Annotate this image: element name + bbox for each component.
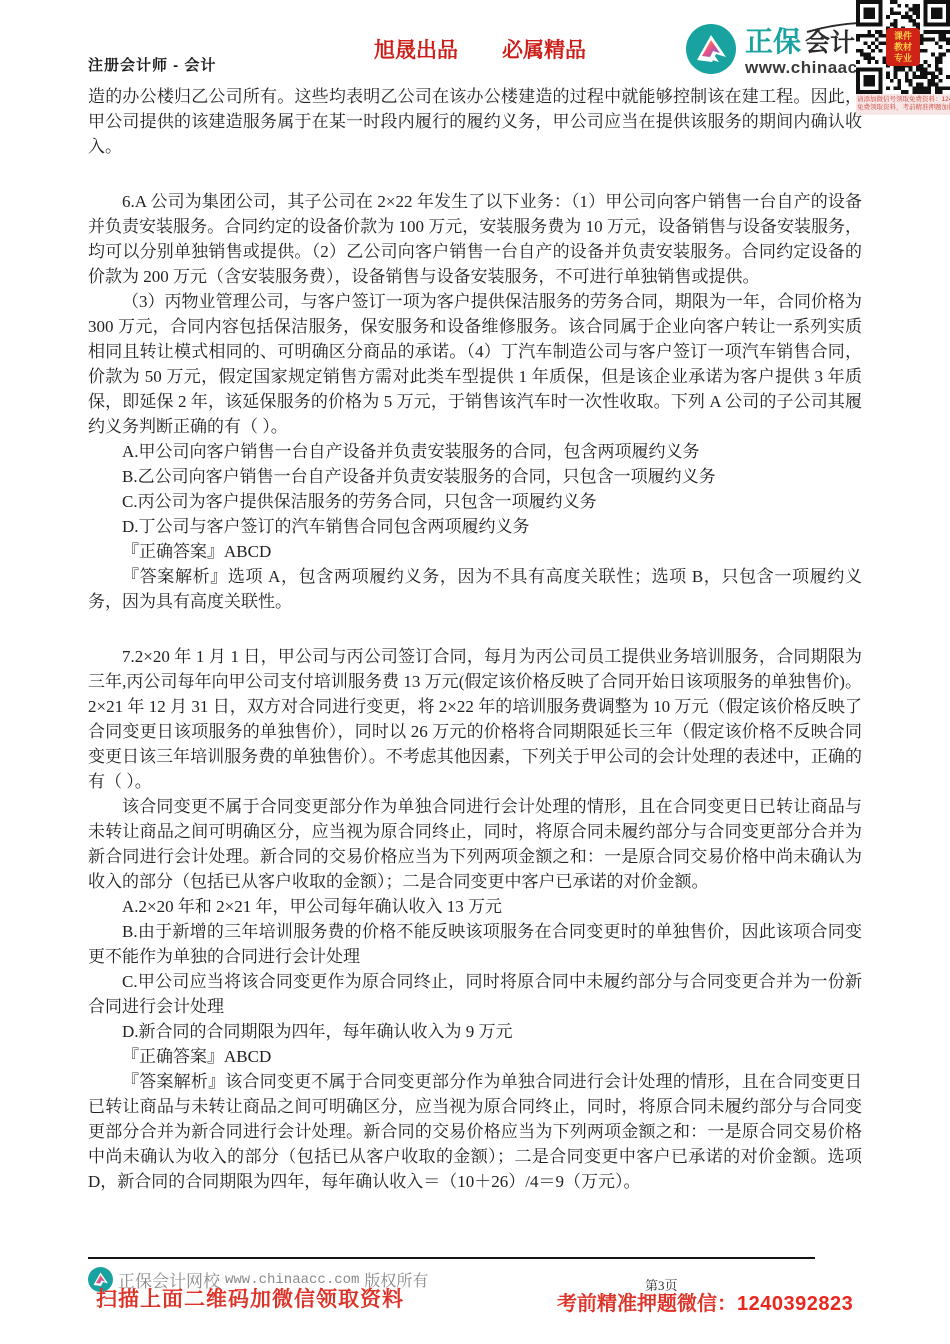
slogan-left: 旭晟出品 [374,34,458,64]
paragraph-continuation: 造的办公楼归乙公司所有。这些均表明乙公司在该办公楼建造的过程中就能够控制该在建工… [88,84,862,159]
q7-option-c: C.甲公司应当将该合同变更作为原合同终止，同时将原合同中未履约部分与合同变更合并… [88,969,862,1019]
qr-block: 课件 教材 专业 请添加微信号领取免费资料：1240392823 免费领取资料，… [856,0,950,115]
q6-stem-1: 6.A 公司为集团公司，其子公司在 2×22 年发生了以下业务：（1）甲公司向客… [88,189,862,289]
q7-option-d: D.新合同的合同期限为四年，每年确认收入为 9 万元 [88,1019,862,1044]
footer-push-label: 考前精准押题微信： [557,1293,737,1315]
document-page: 注册会计师 - 会计 旭晟出品 必属精品 正保 [0,0,950,1344]
qr-caption-line1: 请添加微信号领取免费资料：1240392823 [857,96,949,104]
q6-option-b: B.乙公司向客户销售一台自产设备并负责安装服务的合同，只包含一项履约义务 [88,464,862,489]
slogan-right: 必属精品 [502,34,586,64]
brand-name-primary: 正保 [745,28,801,56]
q7-stem: 7.2×20 年 1 月 1 日，甲公司与丙公司签订合同，每月为丙公司员工提供业… [88,644,862,794]
footer-rule [88,1257,815,1259]
document-body: 造的办公楼归乙公司所有。这些均表明乙公司在该办公楼建造的过程中就能够控制该在建工… [88,84,862,1194]
q7-answer: 『正确答案』ABCD [88,1044,862,1069]
q6-stem-2: （3）丙物业管理公司，与客户签订一项为客户提供保洁服务的劳务合同，期限为一年，合… [88,289,862,439]
q7-analysis: 『答案解析』该合同变更不属于合同变更部分作为单独合同进行会计处理的情形，且在合同… [88,1069,862,1194]
qr-caption-line2: 免费领取资料，考前精准押题加微信：1240392823 [857,104,949,112]
qr-code: 课件 教材 专业 [856,0,950,94]
q6-option-c: C.丙公司为客户提供保洁服务的劳务合同，只包含一项履约义务 [88,489,862,514]
brand-logo-icon [686,24,736,74]
course-label: 注册会计师 - 会计 [88,54,216,75]
footer-push-number: 1240392823 [737,1293,853,1315]
q6-option-a: A.甲公司向客户销售一台自产设备并负责安装服务的合同，包含两项履约义务 [88,439,862,464]
qr-captions: 请添加微信号领取免费资料：1240392823 免费领取资料，考前精准押题加微信… [856,94,950,115]
q6-analysis: 『答案解析』选项 A，包含两项履约义务，因为不具有高度关联性；选项 B，只包含一… [88,564,862,614]
q7-option-b: B.由于新增的三年培训服务费的价格不能反映该项服务在合同变更时的单独售价，因此该… [88,919,862,969]
header-slogans: 旭晟出品 必属精品 [374,34,586,64]
footer-scan-tip: 扫描上面二维码加微信领取资料 [96,1283,404,1313]
footer-push-contact: 考前精准押题微信：1240392823 [557,1287,853,1316]
q6-option-d: D.丁公司与客户签订的汽车销售合同包含两项履约义务 [88,514,862,539]
qr-center-label: 课件 教材 专业 [886,28,920,66]
q7-option-a: A.2×20 年和 2×21 年，甲公司每年确认收入 13 万元 [88,894,862,919]
q6-answer: 『正确答案』ABCD [88,539,862,564]
q7-note: 该合同变更不属于合同变更部分作为单独合同进行会计处理的情形，且在合同变更日已转让… [88,794,862,894]
